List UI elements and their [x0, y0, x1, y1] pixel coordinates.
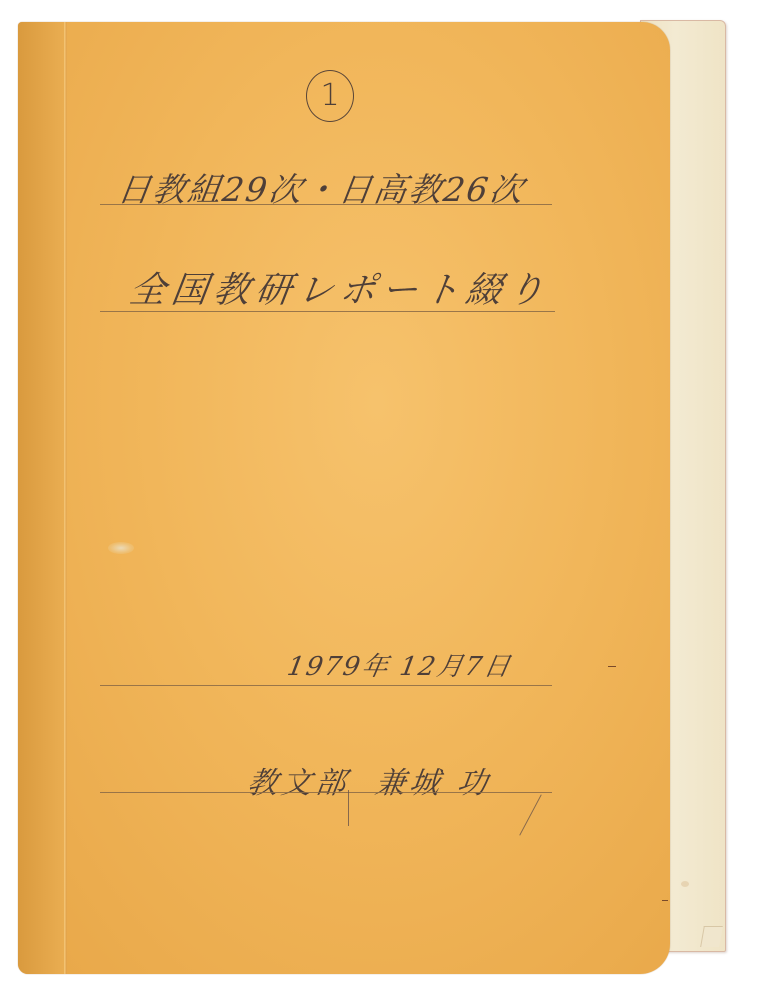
author-line: 教文部兼城 功 — [245, 758, 495, 802]
edge-mark — [662, 900, 668, 901]
ruled-line — [100, 792, 552, 793]
paper-stain — [681, 881, 689, 887]
folded-corner — [700, 926, 723, 947]
ruled-line — [100, 685, 552, 686]
cover-blemish — [108, 542, 134, 554]
pen-stroke — [348, 790, 349, 826]
author-name: 兼城 功 — [373, 766, 493, 801]
binder-spine — [18, 22, 66, 974]
volume-number-circle: 1 — [306, 70, 354, 122]
title-line-2: 全国教研レポート綴り — [126, 262, 553, 313]
ruled-line — [100, 204, 552, 205]
department-text: 教文部 — [245, 766, 352, 801]
edge-mark — [608, 666, 616, 667]
date-text: 1979年 12月7日 — [285, 646, 516, 683]
spine-edge — [64, 22, 67, 974]
ruled-line — [100, 311, 555, 312]
volume-number: 1 — [320, 81, 339, 111]
